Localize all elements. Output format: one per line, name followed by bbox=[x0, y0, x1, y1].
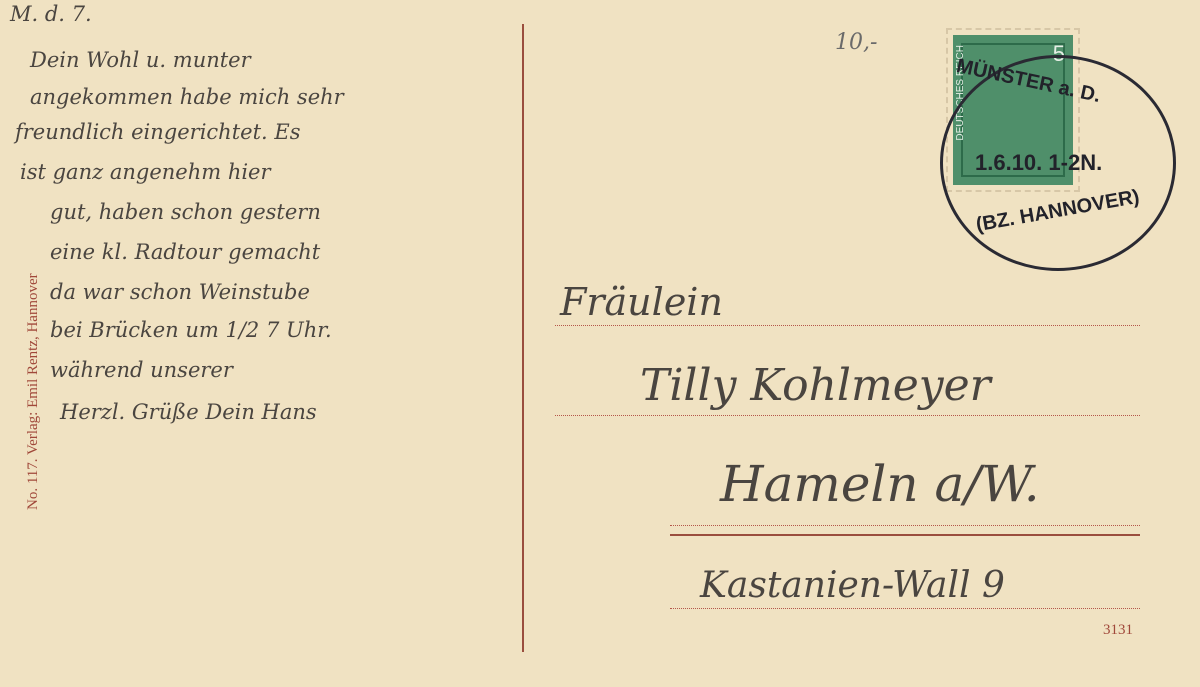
address-street: Kastanien-Wall 9 bbox=[700, 565, 1005, 606]
message-line: gut, haben schon gestern bbox=[50, 200, 321, 224]
message-line: angekommen habe mich sehr bbox=[30, 85, 344, 109]
address-city: Hameln a/W. bbox=[720, 455, 1040, 513]
address-underline bbox=[670, 534, 1140, 536]
address-line bbox=[670, 525, 1140, 526]
address-line bbox=[670, 608, 1140, 609]
message-line: Dein Wohl u. munter bbox=[30, 48, 251, 72]
postcard: No. 117. Verlag: Emil Rentz, Hannover M.… bbox=[0, 0, 1200, 687]
address-name: Tilly Kohlmeyer bbox=[640, 360, 991, 411]
message-line: bei Brücken um 1/2 7 Uhr. bbox=[50, 318, 332, 342]
message-line: eine kl. Radtour gemacht bbox=[50, 240, 320, 264]
publisher-imprint: No. 117. Verlag: Emil Rentz, Hannover bbox=[25, 273, 42, 510]
message-line: da war schon Weinstube bbox=[50, 280, 310, 304]
address-line bbox=[555, 325, 1140, 326]
pencil-price-note: 10,- bbox=[835, 30, 877, 55]
serial-number: 3131 bbox=[1103, 622, 1133, 639]
postmark-date: 1.6.10. 1-2N. bbox=[975, 150, 1102, 176]
address-line bbox=[555, 415, 1140, 416]
message-line: während unserer bbox=[50, 358, 233, 382]
message-line: ist ganz angenehm hier bbox=[20, 160, 271, 184]
center-divider bbox=[522, 24, 524, 652]
message-line: M. d. 7. bbox=[10, 2, 92, 26]
address-salutation: Fräulein bbox=[560, 280, 723, 324]
message-line: Herzl. Grüße Dein Hans bbox=[60, 400, 317, 424]
message-line: freundlich eingerichtet. Es bbox=[15, 120, 300, 144]
